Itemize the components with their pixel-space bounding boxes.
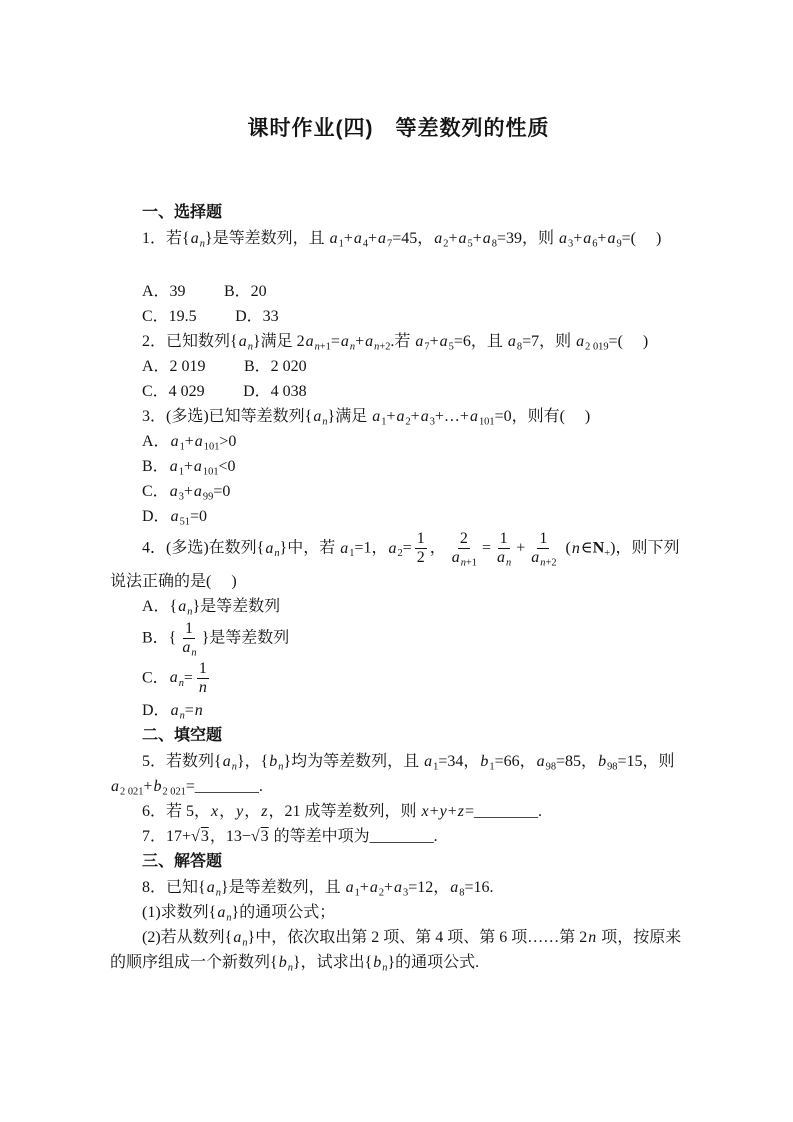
- section-blank-header: 二、填空题: [110, 723, 687, 749]
- question-3-option-d: D．a51=0: [110, 504, 687, 529]
- question-4-stem: 4．(多选)在数列{an}中，若 a1=1，a2=12，2an+1=1an+1a…: [110, 529, 687, 594]
- question-1-options-ab: A．39B．20: [110, 279, 687, 304]
- question-8-part-1: (1)求数列{an}的通项公式；: [110, 900, 687, 925]
- question-4-option-a: A．{an}是等差数列: [110, 594, 687, 619]
- question-3-option-a: A．a1+a101>0: [110, 429, 687, 454]
- question-3-option-b: B．a1+a101<0: [110, 454, 687, 479]
- question-8-stem: 8．已知{an}是等差数列，且 a1+a2+a3=12，a8=16.: [110, 875, 687, 900]
- question-7-stem: 7．17+√3，13−√3 的等差中项为________.: [110, 824, 687, 849]
- worksheet-page: 课时作业(四) 等差数列的性质 一、选择题 1．若{an}是等差数列，且 a1+…: [0, 0, 793, 1122]
- question-2-options-ab: A．2 019B．2 020: [110, 354, 687, 379]
- question-4-option-c: C．an=1n: [110, 659, 687, 699]
- question-4-option-b: B．{1an}是等差数列: [110, 619, 687, 659]
- question-5-stem: 5．若数列{an}，{bn}均为等差数列，且 a1=34，b1=66，a98=8…: [110, 749, 687, 799]
- section-choice-header: 一、选择题: [110, 200, 687, 226]
- section-answer-header: 三、解答题: [110, 849, 687, 875]
- question-4-option-d: D．an=n: [110, 698, 687, 723]
- question-8-part-2: (2)若从数列{an}中，依次取出第 2 项、第 4 项、第 6 项……第 2n…: [110, 925, 687, 975]
- question-1-stem: 1．若{an}是等差数列，且 a1+a4+a7=45，a2+a5+a8=39，则…: [110, 226, 687, 251]
- question-2-stem: 2．已知数列{an}满足 2an+1=an+an+2.若 a7+a5=6，且 a…: [110, 329, 687, 354]
- page-title: 课时作业(四) 等差数列的性质: [110, 112, 687, 142]
- question-3-stem: 3．(多选)已知等差数列{an}满足 a1+a2+a3+…+a101=0，则有(…: [110, 404, 687, 429]
- question-1-options-cd: C．19.5D．33: [110, 304, 687, 329]
- question-3-option-c: C．a3+a99=0: [110, 479, 687, 504]
- question-2-options-cd: C．4 029D．4 038: [110, 379, 687, 404]
- question-6-stem: 6．若 5，x，y，z，21 成等差数列，则 x+y+z=________.: [110, 799, 687, 824]
